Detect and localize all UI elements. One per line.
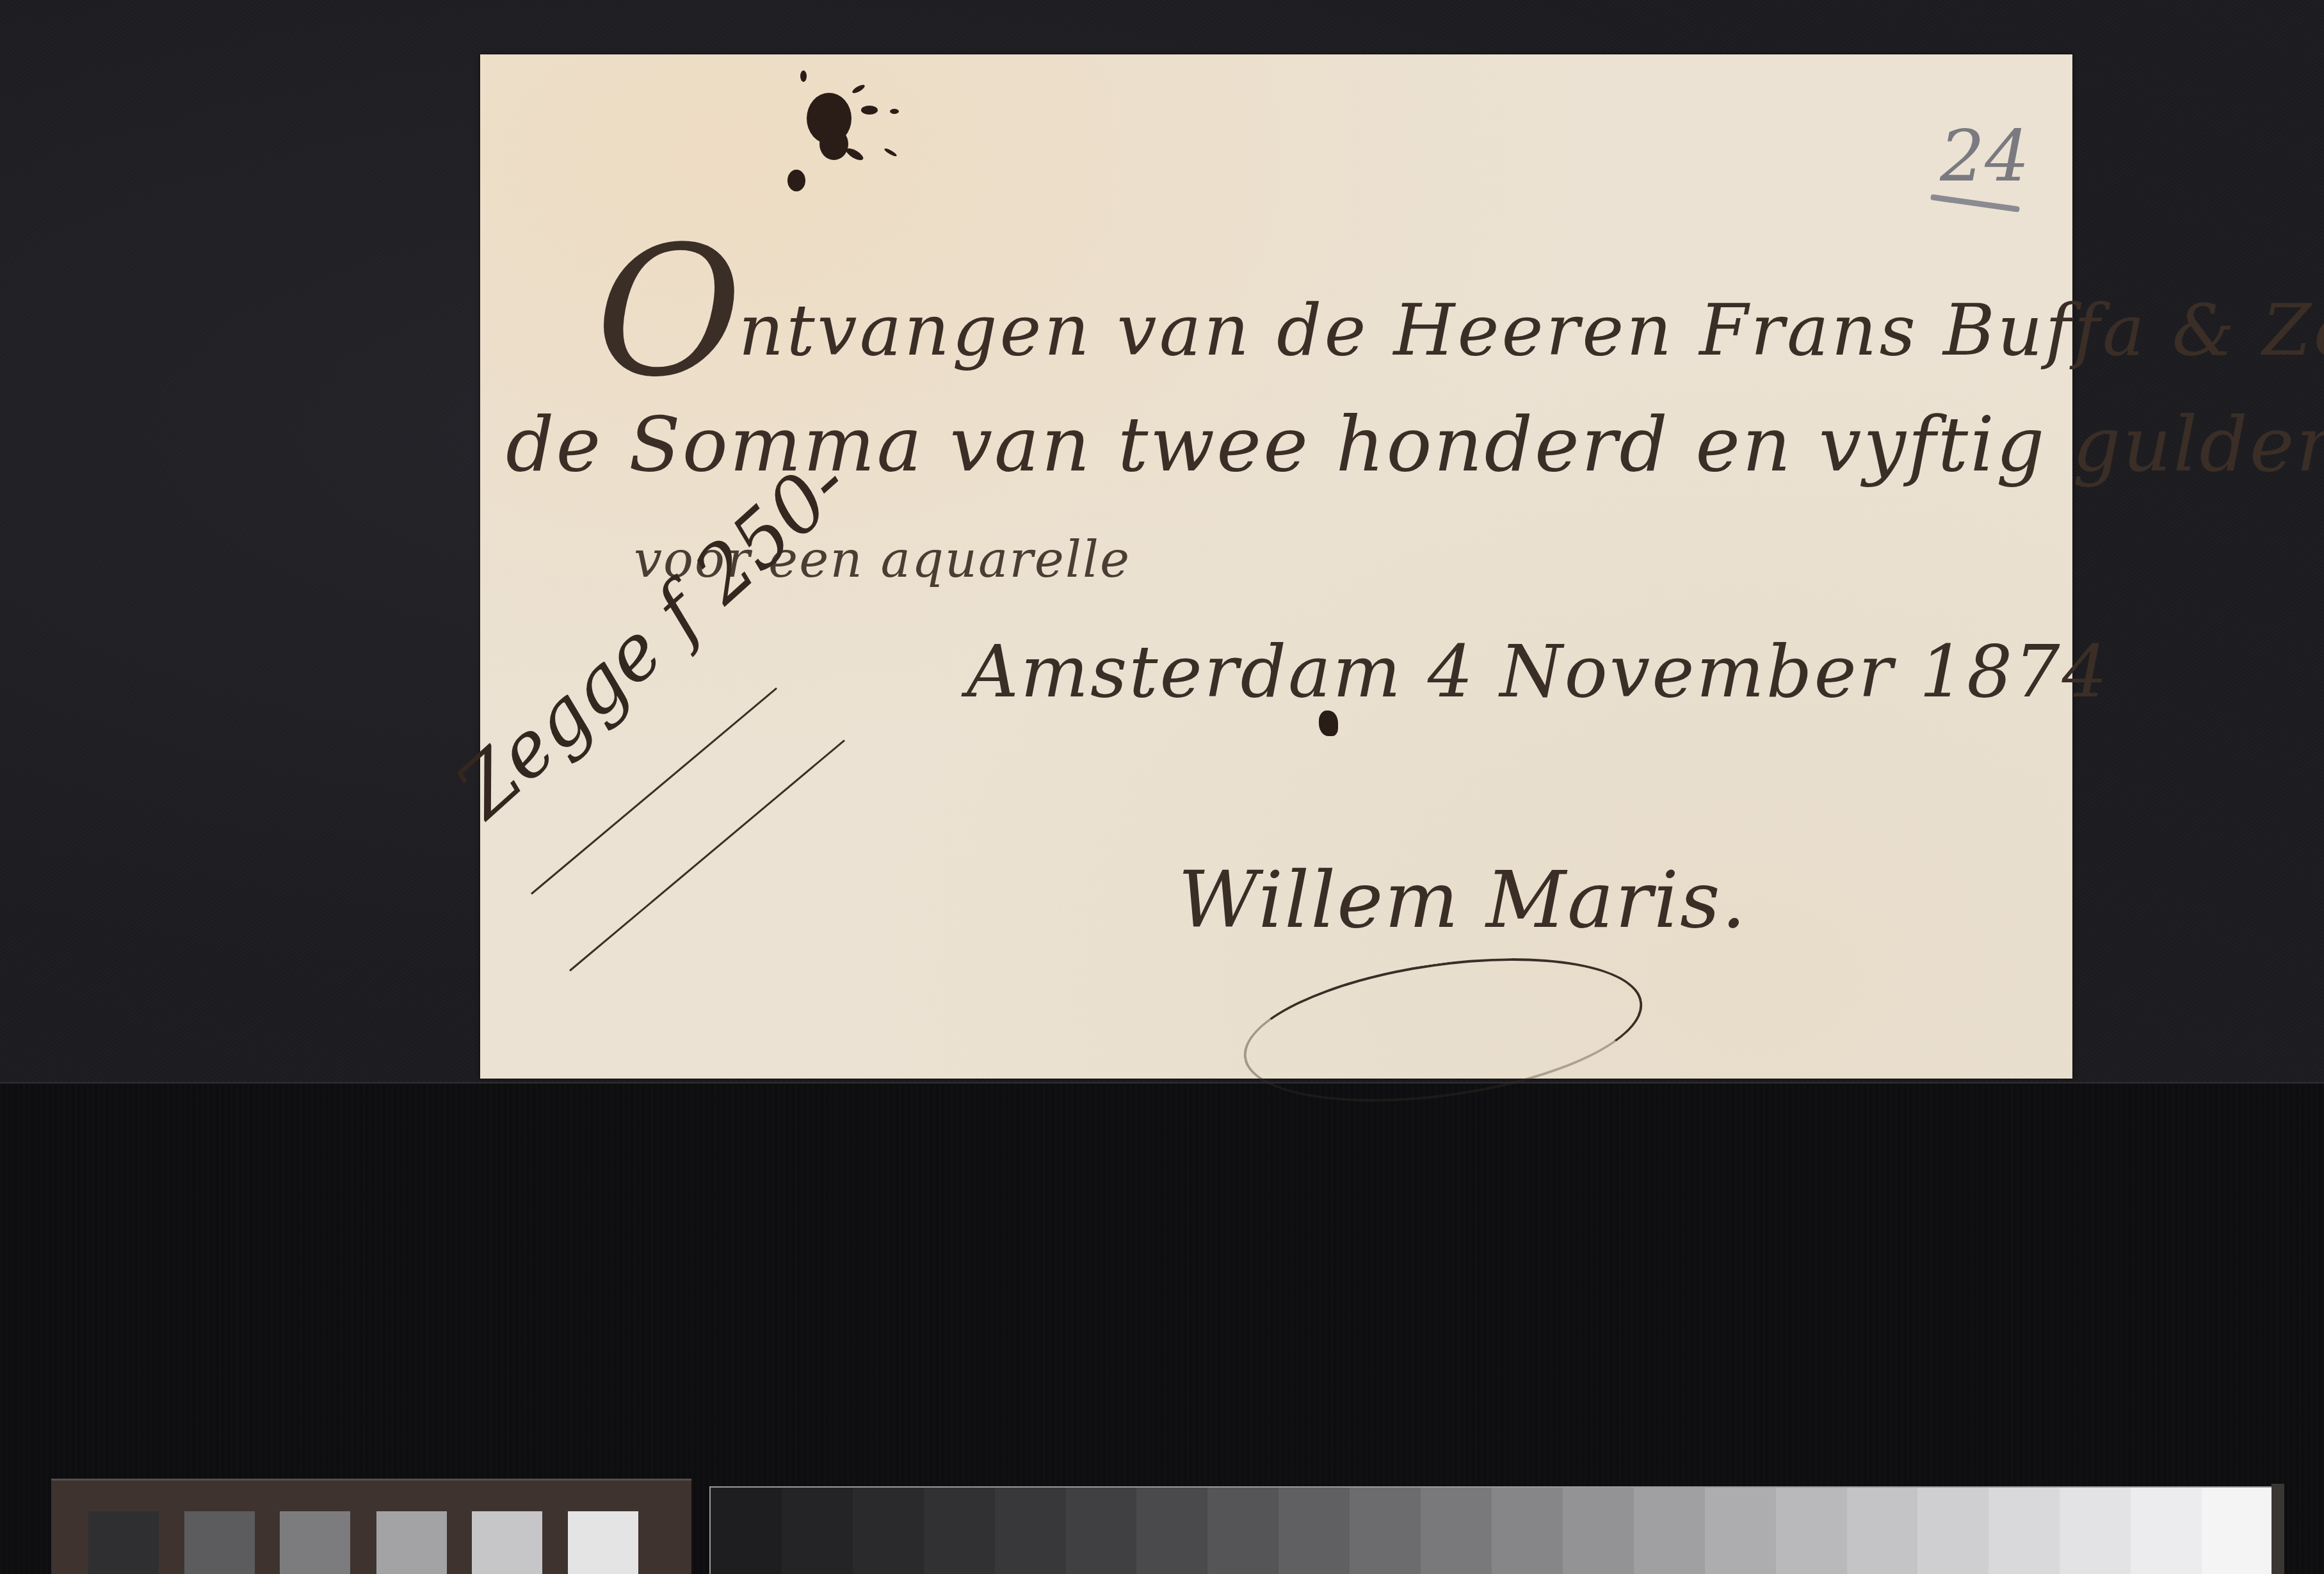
gray-step (1350, 1488, 1421, 1574)
gray-swatch (376, 1511, 447, 1574)
gray-step (1066, 1488, 1137, 1574)
gray-step (711, 1488, 782, 1574)
ink-blot (1319, 711, 1338, 736)
gray-step (924, 1488, 995, 1574)
signature: Willem Maris. (1178, 855, 1747, 945)
gray-step (2202, 1488, 2273, 1574)
initial-letter: O (595, 208, 745, 417)
gray-swatch (280, 1511, 350, 1574)
gray-swatch (472, 1511, 542, 1574)
gray-step (2060, 1488, 2131, 1574)
gray-swatch (184, 1511, 255, 1574)
amount-rule-lower (569, 739, 845, 971)
gray-step (1705, 1488, 1776, 1574)
line1-text: ntvangen van de Heeren Frans Buffa & Zon… (739, 289, 2324, 371)
grayscale-strip-edge (2272, 1484, 2284, 1574)
gray-step (2131, 1488, 2202, 1574)
grayscale-card (51, 1479, 691, 1574)
receipt-line-place-date: Amsterdam 4 November 1874 (967, 630, 2110, 714)
gray-step (1776, 1488, 1847, 1574)
ink-splatter (762, 67, 909, 195)
gray-step (1136, 1488, 1207, 1574)
gray-step (1279, 1488, 1350, 1574)
gray-swatch (568, 1511, 638, 1574)
gray-step (995, 1488, 1066, 1574)
page-number: 24 (1940, 115, 2029, 197)
gray-step (1421, 1488, 1492, 1574)
gray-step (1634, 1488, 1705, 1574)
gray-step (1847, 1488, 1918, 1574)
receipt-paper: 24 Ontvangen van de Heeren Frans Buffa &… (480, 54, 2072, 1079)
gray-step (1917, 1488, 1989, 1574)
grayscale-step-strip (709, 1486, 2273, 1574)
gray-swatch (88, 1511, 159, 1574)
gray-step (1989, 1488, 2060, 1574)
gray-step (1563, 1488, 1634, 1574)
gray-step (853, 1488, 924, 1574)
gray-step (1207, 1488, 1279, 1574)
gray-step (782, 1488, 853, 1574)
gray-step (1492, 1488, 1563, 1574)
receipt-line-received-from: Ontvangen van de Heeren Frans Buffa & Zo… (595, 189, 2324, 398)
